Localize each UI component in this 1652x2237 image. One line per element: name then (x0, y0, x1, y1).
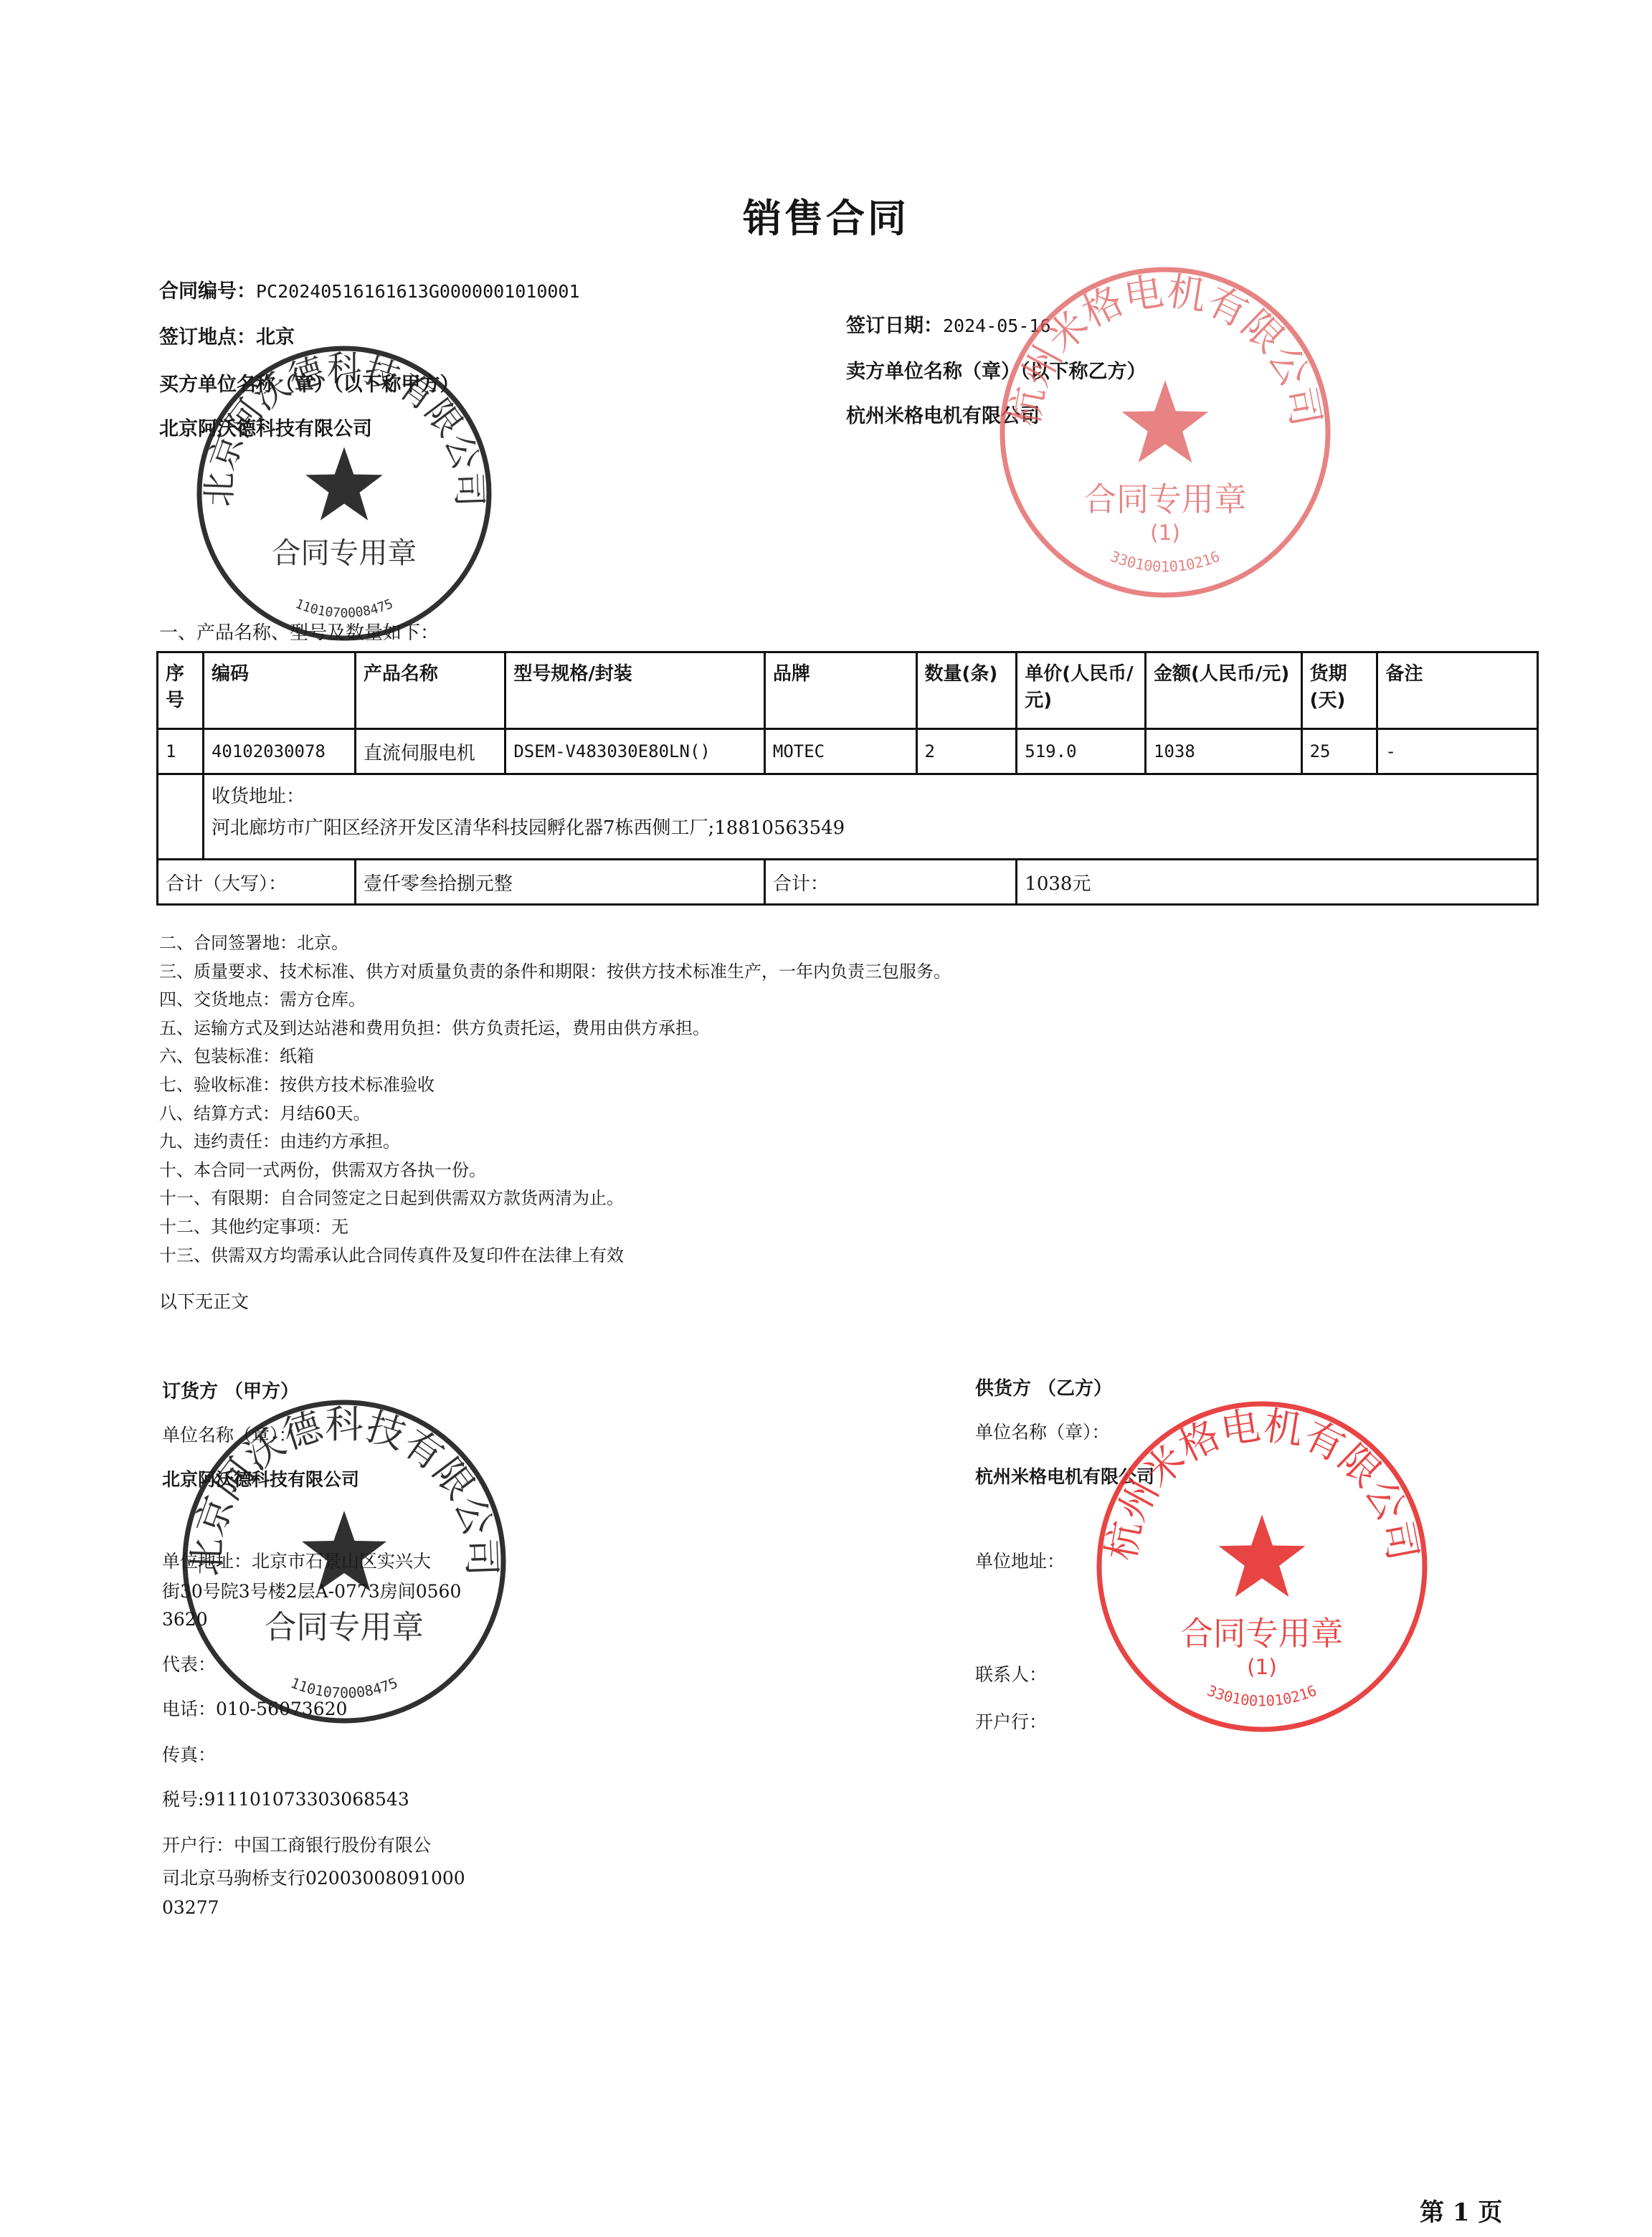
buyer-bank-line-3: 03277 (162, 1897, 219, 1918)
svg-text:杭州米格电机有限公司: 杭州米格电机有限公司 (1001, 267, 1329, 429)
buyer-fax-label: 传真： (162, 1741, 216, 1767)
cell-lead-time: 25 (1301, 729, 1377, 774)
header-quantity: 数量(条) (916, 652, 1017, 729)
document-title: 销售合同 (0, 188, 1652, 243)
items-table: 序号 编码 产品名称 型号规格/封装 品牌 数量(条) 单价(人民币/元) 金额… (156, 651, 1539, 906)
buyer-unit-name-label: 单位名称（章）： (162, 1421, 297, 1447)
cell-code: 40102030078 (203, 729, 355, 774)
sign-date-line: 签订日期：2024-05-16 (846, 310, 1051, 338)
seller-address-label: 单位地址： (975, 1547, 1065, 1573)
clause-11: 十一、有限期：自合同签定之日起到供需双方款货两清为止。 (159, 1184, 951, 1213)
svg-text:合同专用章: 合同专用章 (1084, 480, 1247, 518)
header-product-name: 产品名称 (355, 652, 505, 729)
clause-8: 八、结算方式：月结60天。 (159, 1100, 951, 1129)
header-code: 编码 (203, 652, 355, 729)
total-value: 1038元 (1017, 860, 1538, 905)
cell-amount: 1038 (1146, 729, 1302, 774)
total-words: 壹仟零叁拾捌元整 (355, 860, 764, 905)
seller-seal-bottom: 杭州米格电机有限公司合同专用章(1)3301001010216 (1090, 1398, 1434, 1735)
contract-number-line: 合同编号：PC20240516161613G0000001010001 (159, 275, 580, 303)
header-remark: 备注 (1377, 652, 1538, 729)
clause-3: 三、质量要求、技术标准、供方对质量负责的条件和期限：按供方技术标准生产，一年内负… (159, 958, 951, 987)
buyer-phone: 010-56073620 (216, 1699, 347, 1719)
header-unit-price: 单价(人民币/元) (1017, 652, 1146, 729)
seller-contact-label: 联系人： (975, 1661, 1047, 1686)
header-brand: 品牌 (764, 652, 916, 729)
contract-number-label: 合同编号： (159, 280, 256, 303)
buyer-phone-label: 电话： (162, 1699, 216, 1719)
svg-text:3301001010216: 3301001010216 (1108, 548, 1222, 576)
total-row: 合计（大写）： 壹仟零叁拾捌元整 合计： 1038元 (158, 860, 1538, 905)
buyer-phone-line: 电话：010-56073620 (162, 1695, 347, 1721)
seller-block-title: 供货方 （乙方） (975, 1374, 1112, 1400)
clauses-list: 二、合同签署地：北京。 三、质量要求、技术标准、供方对质量负责的条件和期限：按供… (159, 929, 951, 1270)
buyer-tax-no: 911101073303068543 (204, 1789, 409, 1810)
svg-text:(1): (1) (1247, 1655, 1277, 1679)
total-words-label: 合计（大写）： (158, 860, 356, 905)
end-note: 以下无正文 (159, 1288, 249, 1314)
buyer-unit-name: 北京阿沃德科技有限公司 (162, 1466, 359, 1491)
buyer-address-line-3: 3620 (162, 1609, 208, 1630)
buyer-bank-line-2: 司北京马驹桥支行02003008091000 (162, 1864, 465, 1890)
sign-place-line: 签订地点：北京 (159, 321, 295, 349)
delivery-address-label: 收货地址： (212, 781, 1529, 812)
clause-10: 十、本合同一式两份，供需双方各执一份。 (159, 1157, 951, 1185)
buyer-bank-line-1: 开户行：中国工商银行股份有限公 (162, 1831, 431, 1857)
cell-remark: - (1377, 729, 1538, 774)
clause-13: 十三、供需双方均需承认此合同传真件及复印件在法律上有效 (159, 1242, 951, 1271)
page-number: 第 1 页 (1420, 2193, 1502, 2228)
buyer-representative-label: 代表： (162, 1651, 216, 1676)
table-header-row: 序号 编码 产品名称 型号规格/封装 品牌 数量(条) 单价(人民币/元) 金额… (158, 652, 1538, 729)
clause-12: 十二、其他约定事项：无 (159, 1213, 951, 1242)
cell-product-name: 直流伺服电机 (355, 729, 505, 774)
seller-bank-label: 开户行： (975, 1708, 1047, 1734)
clause-9: 九、违约责任：由违约方承担。 (159, 1128, 951, 1157)
header-model: 型号规格/封装 (505, 652, 765, 729)
cell-quantity: 2 (916, 729, 1017, 774)
total-label: 合计： (764, 860, 1016, 905)
seller-label: 卖方单位名称（章）（以下称乙方） (846, 356, 1147, 384)
buyer-label: 买方单位名称（章）（以下称甲方） (159, 369, 460, 396)
delivery-address-row: 收货地址： 河北廊坊市广阳区经济开发区清华科技园孵化器7栋西侧工厂;188105… (158, 774, 1538, 860)
clause-4: 四、交货地点：需方仓库。 (159, 986, 951, 1015)
clause-2: 二、合同签署地：北京。 (159, 929, 951, 958)
sign-place: 北京 (256, 326, 295, 348)
buyer-tax-label: 税号: (162, 1789, 204, 1810)
header-lead-time: 货期(天) (1301, 652, 1377, 729)
sign-date-label: 签订日期： (846, 315, 943, 337)
svg-text:合同专用章: 合同专用章 (265, 1610, 424, 1646)
delivery-address: 河北廊坊市广阳区经济开发区清华科技园孵化器7栋西侧工厂;18810563549 (212, 812, 1529, 844)
buyer-tax-line: 税号:911101073303068543 (162, 1785, 409, 1811)
sign-place-label: 签订地点： (159, 326, 256, 348)
seller-unit-name: 杭州米格电机有限公司 (975, 1463, 1154, 1488)
svg-text:3301001010216: 3301001010216 (1205, 1682, 1319, 1710)
cell-index: 1 (158, 729, 204, 774)
buyer-address-line-1: 单位地址：北京市石景山区实兴大 (162, 1547, 431, 1573)
seller-name: 杭州米格电机有限公司 (846, 400, 1040, 428)
section-1-heading: 一、产品名称、型号及数量如下： (159, 618, 439, 645)
table-row: 1 40102030078 直流伺服电机 DSEM-V483030E80LN()… (158, 729, 1538, 774)
contract-number: PC20240516161613G0000001010001 (256, 281, 580, 302)
header-index: 序号 (158, 652, 204, 729)
svg-text:合同专用章: 合同专用章 (272, 536, 417, 570)
buyer-address-line-2: 街30号院3号楼2层A-0773房间0560 (162, 1577, 461, 1603)
clause-6: 六、包装标准：纸箱 (159, 1042, 951, 1071)
cell-unit-price: 519.0 (1017, 729, 1146, 774)
header-amount: 金额(人民币/元) (1146, 652, 1302, 729)
svg-text:(1): (1) (1150, 521, 1180, 545)
clause-5: 五、运输方式及到达站港和费用负担：供方负责托运，费用由供方承担。 (159, 1015, 951, 1043)
cell-brand: MOTEC (764, 729, 916, 774)
svg-text:合同专用章: 合同专用章 (1181, 1615, 1344, 1653)
seller-unit-name-label: 单位名称（章）： (975, 1418, 1110, 1444)
buyer-block-title: 订货方 （甲方） (162, 1377, 299, 1403)
svg-text:1101070008475: 1101070008475 (293, 597, 395, 621)
sign-date: 2024-05-16 (943, 315, 1051, 336)
cell-model: DSEM-V483030E80LN() (505, 729, 765, 774)
buyer-name: 北京阿沃德科技有限公司 (159, 413, 372, 441)
clause-7: 七、验收标准：按供方技术标准验收 (159, 1071, 951, 1100)
delivery-address-cell: 收货地址： 河北廊坊市广阳区经济开发区清华科技园孵化器7栋西侧工厂;188105… (203, 774, 1537, 860)
